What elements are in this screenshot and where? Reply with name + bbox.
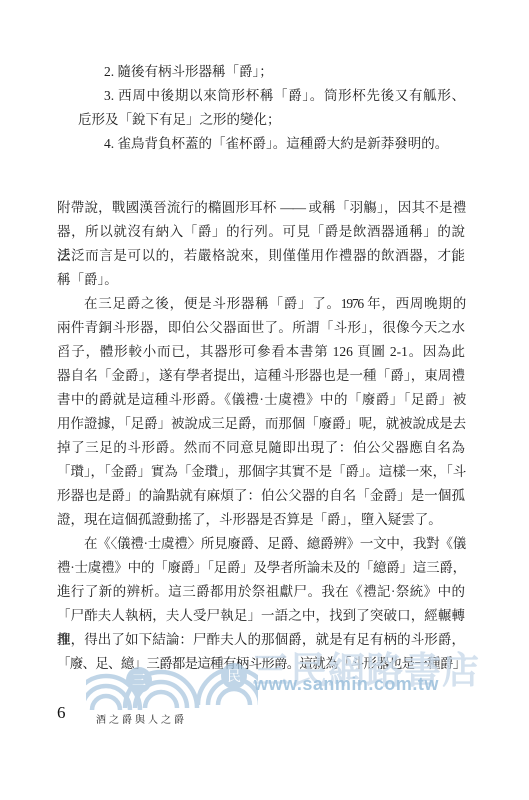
page-number: 6 — [57, 703, 66, 723]
running-title: 酒之爵與人之爵 — [96, 711, 187, 726]
text-line: 書中的爵就是這種斗形爵。《儀禮·士虞禮》中的「廢爵」「足爵」被 — [57, 388, 465, 412]
text-line: 「瓚」，「金爵」實為「金瓚」，那個字其實不是「爵」。這樣一來，「斗 — [57, 460, 465, 484]
text-line: 舀子，體形較小而已，其器形可參看本書第 126 頁圖 2-1。因為此 — [57, 340, 465, 364]
text-line: 形器也是爵」的論點就有麻煩了：伯公父器的自名「金爵」是一個孤 — [57, 484, 465, 508]
text-line: 「廢、足、繶」三爵都是這種有柄斗形爵。這就為「斗形器也是一種爵」 — [57, 652, 465, 676]
paragraph-douxing: 在三足爵之後，便是斗形器稱「爵」了。1976 年，西周晚期的兩件青銅斗形器，即伯… — [57, 292, 465, 532]
numbered-list: 2. 隨後有柄斗形器稱「爵」；3. 西周中後期以來筒形杯稱「爵」。筒形杯先後又有… — [57, 60, 465, 156]
text-line: 掉了三足的斗形爵。然而不同意見隨即出現了：伯公父器應自名為 — [57, 436, 465, 460]
text-line: 器自名「金爵」，遂有學者提出，這種斗形器也是一種「爵」，東周禮 — [57, 364, 465, 388]
text-line: 用作證據，「足爵」被說成三足爵，而那個「廢爵」呢，就被說成是去 — [57, 412, 465, 436]
text-line: 在《〈儀禮·士虞禮〉所見廢爵、足爵、繶爵辨》一文中，我對《儀 — [57, 532, 465, 556]
text-line: 卮形及「銳下有足」之形的變化； — [57, 108, 465, 132]
paragraph-yubei: 附帶說，戰國漢晉流行的橢圓形耳杯 —— 或稱「羽觴」，因其不是禮器，所以就沒有納… — [57, 196, 465, 292]
text-line: 在三足爵之後，便是斗形器稱「爵」了。1976 年，西周晚期的 — [57, 292, 465, 316]
text-line: 進行了新的辨析。這三爵都用於祭祖獻尸。我在《禮記·祭統》中的 — [57, 580, 465, 604]
text-line: 禮·士虞禮》中的「廢爵」「足爵」及學者所論未及的「繶爵」這三爵， — [57, 556, 465, 580]
paragraph-sanjue: 在《〈儀禮·士虞禮〉所見廢爵、足爵、繶爵辨》一文中，我對《儀禮·士虞禮》中的「廢… — [57, 532, 465, 676]
text-line: 證，現在這個孤證動搖了，斗形器是否算是「爵」，墮入疑雲了。 — [57, 508, 465, 532]
text-line: 泛泛而言是可以的，若嚴格說來，則僅僅用作禮器的飲酒器，才能 — [57, 244, 465, 268]
text-line: 理，得出了如下結論：尸酢夫人的那個爵，就是有足有柄的斗形爵， — [57, 628, 465, 652]
text-line: 4. 雀鳥背負杯蓋的「雀杯爵」。這種爵大約是新莽發明的。 — [57, 132, 465, 156]
text-line: 兩件青銅斗形器，即伯公父器面世了。所謂「斗形」，很像今天之水 — [57, 316, 465, 340]
text-line: 附帶說，戰國漢晉流行的橢圓形耳杯 —— 或稱「羽觴」，因其不是禮 — [57, 196, 465, 220]
text-line: 3. 西周中後期以來筒形杯稱「爵」。筒形杯先後又有觚形、 — [57, 84, 465, 108]
text-line: 2. 隨後有柄斗形器稱「爵」； — [57, 60, 465, 84]
book-page: 2. 隨後有柄斗形器稱「爵」；3. 西周中後期以來筒形杯稱「爵」。筒形杯先後又有… — [0, 0, 529, 800]
watermark-url: www.sanmin.com.tw — [254, 674, 439, 695]
text-line: 器，所以就沒有納入「爵」的行列。可見「爵是飲酒器通稱」的說法， — [57, 220, 465, 244]
text-line: 「尸酢夫人執柄，夫人受尸執足」一語之中，找到了突破口，經輾轉推 — [57, 604, 465, 628]
text-line: 稱「爵」。 — [57, 268, 465, 292]
